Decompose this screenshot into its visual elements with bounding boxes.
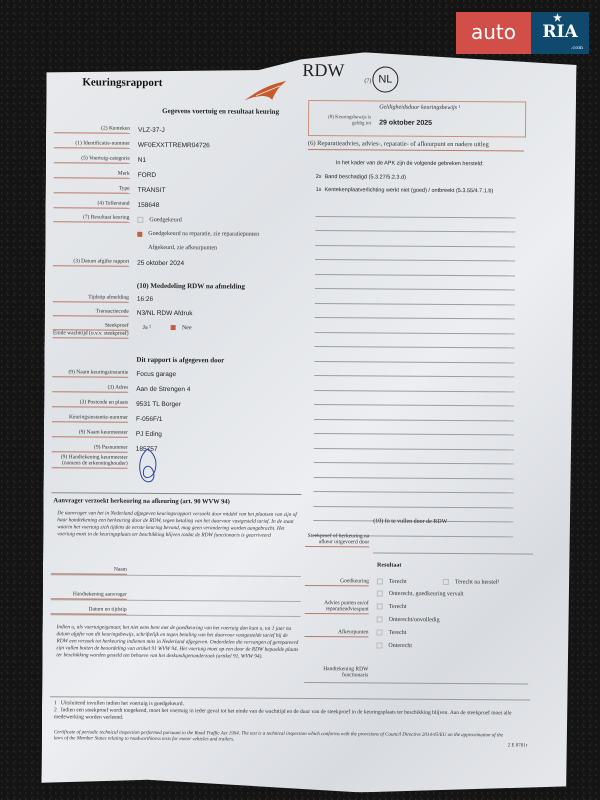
form-code: 2 E 0701r (508, 743, 528, 748)
field-value: WF0EXXTTREMR04726 (138, 142, 210, 150)
rdw-option: Onterecht/onvolledig (377, 616, 440, 623)
footnote: 2 Indien een steekproef wordt toegekend,… (54, 707, 524, 724)
rdw-option: Terecht (377, 578, 407, 585)
field-label: (4) Tellerstand (53, 200, 129, 209)
recheck-name-field[interactable]: Naam (51, 560, 301, 577)
objection-paragraph: Indien u, als voertuigeigenaar, het niet… (56, 624, 300, 661)
country-badge: NL (372, 66, 398, 92)
performed-by-label: Steekproef of herkeuring na afkeur uitge… (305, 533, 369, 547)
signature-label: (9) Handtekening keurmeester (namens de … (52, 454, 128, 469)
document-title: Keuringsrapport (82, 76, 162, 89)
validity-heading: Geldigheidsduur keuringsbewijs ¹ (379, 104, 460, 111)
vehicle-section-heading: Gegevens voertuig en resultaat keuring (162, 107, 279, 116)
footnote-num: 1 (54, 700, 57, 706)
field-label: (9) Naam keurmeester (52, 429, 128, 438)
field-value: F-056F/1 (136, 416, 162, 423)
option-label: Onterecht, goedkeuring vervalt (389, 591, 464, 598)
field-row: (9) Pasnummer185757 (52, 437, 190, 453)
footnotes: 1 Uitsluitend invullen indien het voertu… (54, 700, 524, 724)
result-row: Goedgekeurd na reparatie, zie reparatiep… (53, 222, 259, 237)
recheck-date-field[interactable]: Datum en tijdstip (51, 600, 301, 617)
option-checkbox[interactable] (443, 579, 449, 585)
footnote-text: Indien een steekproef wordt toegekend, m… (54, 707, 512, 720)
option-label: Terecht (389, 604, 407, 610)
field-value: 9531 TL Borger (136, 401, 181, 408)
rdw-option: Onterecht (376, 642, 412, 649)
repair-intro: In het kader van de APK zijn de volgende… (336, 160, 484, 167)
rdw-signature-label: Handtekening RDW functionaris (304, 666, 368, 678)
field-label: (3) Datum afgifte rapport (53, 258, 129, 267)
rdw-option: Terecht na herstel² (443, 579, 499, 586)
validity-label: (8) Keuringsbewijs is geldig tot (315, 115, 371, 127)
field-row: MerkFORD (54, 163, 260, 179)
repair-section-heading: (6) Reparatieadvies, advies-, reparatie-… (308, 140, 524, 152)
field-label: Transactiecode (53, 308, 129, 317)
field-label: Keuringsinstantie-nummer (52, 414, 128, 423)
field-value: 16:26 (137, 296, 153, 303)
option-label: Onterecht/onvolledig (389, 617, 440, 623)
field-value: Focus garage (136, 371, 176, 378)
field-label: (9) Pasnummer (52, 444, 128, 453)
signature-scribble-icon (136, 447, 160, 487)
repair-count: 2x (316, 174, 322, 180)
field-label: Datum en tijdstip (51, 606, 127, 615)
field-label: Tijdstip afmelding (53, 294, 129, 303)
validity-box: Geldigheidsduur keuringsbewijs ¹ (8) Keu… (308, 100, 526, 138)
repair-count: 1x (316, 187, 322, 193)
option-label: Onterecht (388, 643, 412, 649)
watermark-domain: .com (571, 45, 583, 51)
repair-text: Band beschadigd (5.3.27/5.2.3.d) (325, 174, 406, 181)
option-checkbox[interactable] (377, 629, 383, 635)
field-label: (2) Kenteken (54, 125, 130, 134)
footnote-num: 2 (54, 707, 57, 713)
field-value: VLZ-37-J (138, 127, 165, 134)
field-label: Handtekening aanvrager (51, 591, 127, 600)
divider (51, 492, 301, 495)
option-checkbox[interactable] (377, 603, 383, 609)
footnote-text: Uitsluitend invullen indien het voertuig… (61, 700, 184, 707)
rdw-option: Terecht (377, 629, 407, 636)
vehicle-fields: (2) KentekenVLZ-37-J (1) Identificatie-n… (53, 118, 260, 267)
field-label: (3) Postcode en plaats (52, 399, 128, 408)
rdw-option: Terecht (377, 603, 407, 610)
option-label: Terecht (389, 630, 407, 636)
issue-date: 25 oktober 2024 (137, 260, 184, 267)
field-row: (9) Naam keurmeesterPJ Eding (52, 422, 190, 438)
field-row: (3) Postcode en plaats9531 TL Borger (52, 392, 190, 408)
spot-check-no: Nee (182, 325, 192, 331)
field-value: 158648 (137, 202, 159, 209)
certificate-note: Certificate of periodic technical inspec… (54, 730, 504, 745)
field-label: Merk (54, 170, 130, 179)
result-label: (7) Resultaat keuring (53, 214, 129, 223)
issuer-fields: (9) Naam keuringsinstantieFocus garage (… (52, 362, 191, 489)
rdw-result-label: Afkeurpunten (304, 629, 368, 637)
spot-check-yes: Ja ² (143, 325, 151, 331)
result-option: Afgekeurd, zie afkeurpunten (148, 245, 217, 251)
field-row: TransactiecodeN3/NL RDW Afdruk (53, 302, 193, 317)
field-row: (3) Datum afgifte rapport25 oktober 2024 (53, 250, 259, 267)
rdw-feather-logo-icon (242, 80, 288, 102)
option-label: Terecht na herstel² (455, 579, 499, 585)
field-row: (9) Naam keuringsinstantieFocus garage (52, 362, 190, 378)
field-row: TypeTRANSIT (54, 178, 260, 194)
watermark-ria: ★ RIA .com (531, 12, 589, 54)
watermark-ria-text: RIA (542, 22, 577, 42)
field-label: Type (54, 185, 130, 194)
performed-by-line[interactable] (373, 552, 533, 554)
signature-row: (9) Handtekening keurmeester (namens de … (52, 454, 190, 489)
option-checkbox[interactable] (376, 642, 382, 648)
option-checkbox[interactable] (377, 590, 383, 596)
recheck-heading: Aanvrager verzoekt herkeuring na afkeuri… (53, 497, 229, 505)
result-checkbox[interactable] (137, 232, 142, 237)
field-row: (5) Voertuig-categorieN1 (54, 148, 260, 164)
field-row: (1) Identificatie-nummerWF0EXXTTREMR0472… (54, 133, 260, 149)
result-checkbox[interactable] (137, 216, 143, 222)
spot-check-row: SteekproefJa ²Nee (53, 316, 193, 331)
field-value: FORD (138, 172, 156, 179)
field-value: N3/NL RDW Afdruk (137, 310, 193, 317)
result-row: (7) Resultaat keuringGoedgekeurd (53, 208, 259, 223)
validity-date: 29 oktober 2025 (379, 119, 432, 126)
recheck-signature-field[interactable]: Handtekening aanvrager (51, 575, 301, 602)
rdw-option: Onterecht, goedkeuring vervalt (377, 590, 464, 597)
repair-text: Kentekenplaatverlichting werkt niet (goe… (324, 187, 493, 194)
result-option: Goedgekeurd (149, 217, 181, 223)
field-label: Einde wachttijd (o.v.v. steekproef) (53, 330, 129, 339)
field-value: PJ Eding (136, 431, 162, 438)
issuer-name: RDW (302, 60, 344, 81)
field-row: Einde wachttijd (o.v.v. steekproef) (53, 330, 193, 343)
field-row: (2) KentekenVLZ-37-J (54, 118, 260, 134)
recheck-fields: Naam Handtekening aanvrager Datum en tij… (51, 560, 301, 617)
field-label: Naam (51, 566, 127, 575)
field-row: Tijdstip afmelding16:26 (53, 288, 193, 303)
result-row: Afgekeurd, zie afkeurpunten (53, 236, 259, 251)
country-note: (7) (364, 78, 371, 84)
field-label: (3) Adres (52, 384, 128, 393)
field-label: (1) Identificatie-nummer (54, 140, 130, 149)
rdw-signature-line[interactable] (304, 682, 528, 685)
star-icon: ★ (553, 14, 562, 24)
repair-item: 2x Band beschadigd (5.3.27/5.2.3.d) (316, 174, 406, 181)
rdw-fill-heading: (10) In te vullen door de RDW (373, 518, 447, 525)
field-value: Aan de Strengen 4 (136, 386, 190, 393)
inspection-report-paper: Keuringsrapport RDW (7) NL Geldigheidsdu… (41, 50, 576, 794)
ruled-lines (313, 202, 515, 537)
repair-item: 1x Kentekenplaatverlichting werkt niet (… (316, 187, 494, 194)
option-checkbox[interactable] (377, 616, 383, 622)
option-checkbox[interactable] (377, 578, 383, 584)
result-option: Goedgekeurd na reparatie, zie reparatiep… (148, 231, 259, 238)
watermark-auto: auto (456, 12, 531, 54)
spot-check-no-checkbox[interactable] (171, 325, 176, 330)
field-label: (5) Voertuig-categorie (54, 155, 130, 164)
option-label: Terecht (389, 579, 407, 585)
result-heading: Resultaat (377, 562, 401, 568)
rdw-result-label: Advies punten en/of reparatieadviespunt (305, 600, 369, 614)
field-row: (3) AdresAan de Strengen 4 (52, 377, 190, 393)
field-value: N1 (138, 157, 146, 164)
rdw-notice-fields: Tijdstip afmelding16:26 TransactiecodeN3… (53, 288, 193, 343)
field-value: TRANSIT (138, 187, 166, 194)
field-row: Keuringsinstantie-nummerF-056F/1 (52, 407, 190, 423)
field-label: (9) Naam keuringsinstantie (52, 369, 128, 378)
rdw-result-label: Goedkeuring (305, 578, 369, 586)
field-row: (4) Tellerstand158648 (53, 193, 259, 209)
recheck-paragraph: De aanvrager van het in Nederland afgege… (57, 510, 297, 540)
